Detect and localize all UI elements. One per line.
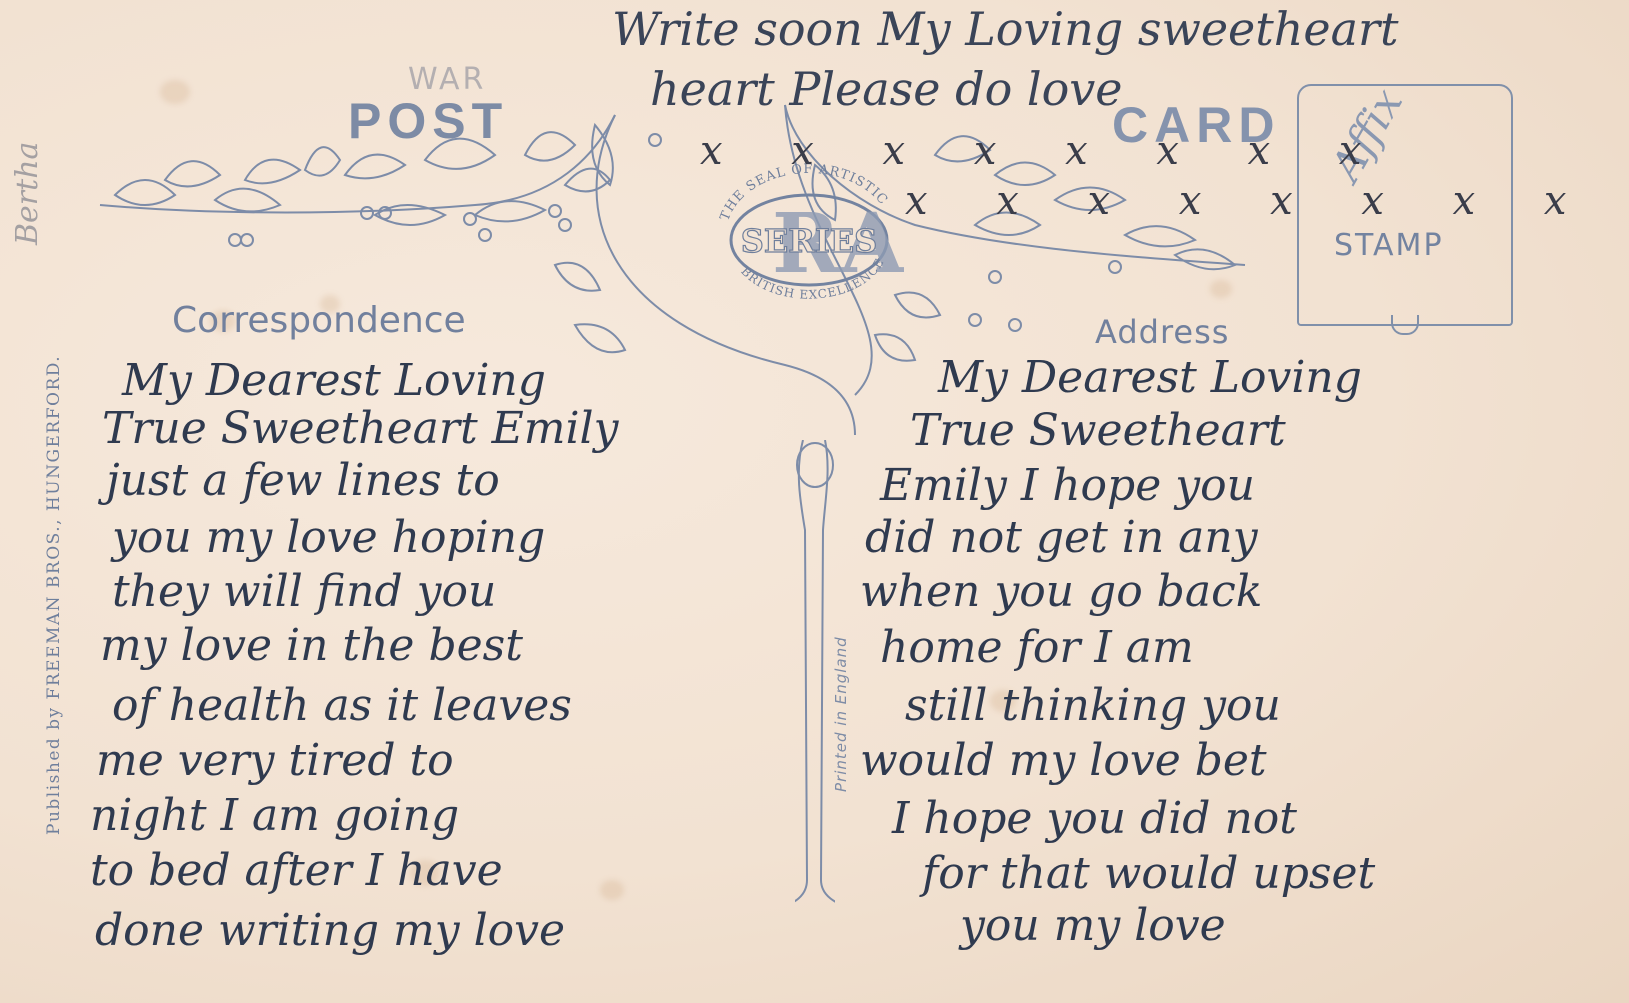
letter-right-line: for that would upset [922,848,1375,899]
handwriting-top-line-1: Write soon My Loving sweetheart [612,2,1399,56]
margin-pencil-note: Bertha [10,142,45,245]
letter-left-line: True Sweetheart Emily [102,403,618,454]
letter-left-line: of health as it leaves [112,680,572,731]
seal-series-text: SERIES [741,222,878,260]
letter-left-line: me very tired to [96,735,454,786]
letter-left-line: done writing my love [95,905,565,956]
ribbon-illustration [795,440,835,910]
letter-right-line: My Dearest Loving [938,352,1362,403]
kisses-row-1: x x x x x x x x [700,128,1389,174]
letter-right-line: home for I am [880,622,1194,673]
kisses-row-2: x x x x x x x x x x [905,178,1629,224]
letter-right-line: True Sweetheart [910,405,1286,456]
letter-left-line: they will find you [112,566,496,617]
letter-right-line: still thinking you [905,680,1281,731]
letter-right-line: Emily I hope you [880,460,1255,511]
postcard: Printed in England WAR POST CARD RA SERI… [0,0,1629,1003]
correspondence-label: Correspondence [172,300,466,341]
letter-right-line: did not get in any [865,512,1258,563]
handwriting-top-line-2: heart Please do love [650,62,1123,116]
letter-right-line: when you go back [860,566,1262,617]
address-label: Address [1095,313,1229,351]
letter-left-line: night I am going [90,790,459,841]
letter-right-line: would my love bet [860,735,1267,786]
stamp-label: STAMP [1334,228,1444,263]
publisher-imprint: Published by FREEMAN BROS., HUNGERFORD. [44,355,64,835]
letter-right-line: you my love [960,900,1226,951]
post-heading: POST [348,92,508,150]
letter-left-line: you my love hoping [112,512,545,563]
printed-in-england-text: Printed in England [832,636,850,792]
paper-stain [600,880,624,900]
letter-left-line: my love in the best [100,620,523,671]
letter-left-line: to bed after I have [90,845,503,896]
letter-right-line: I hope you did not [892,793,1297,844]
letter-left-line: My Dearest Loving [122,355,546,406]
letter-left-line: just a few lines to [106,455,500,506]
ra-series-seal: RA SERIES THE SEAL OF ARTISTIC BRITISH E… [714,160,904,305]
